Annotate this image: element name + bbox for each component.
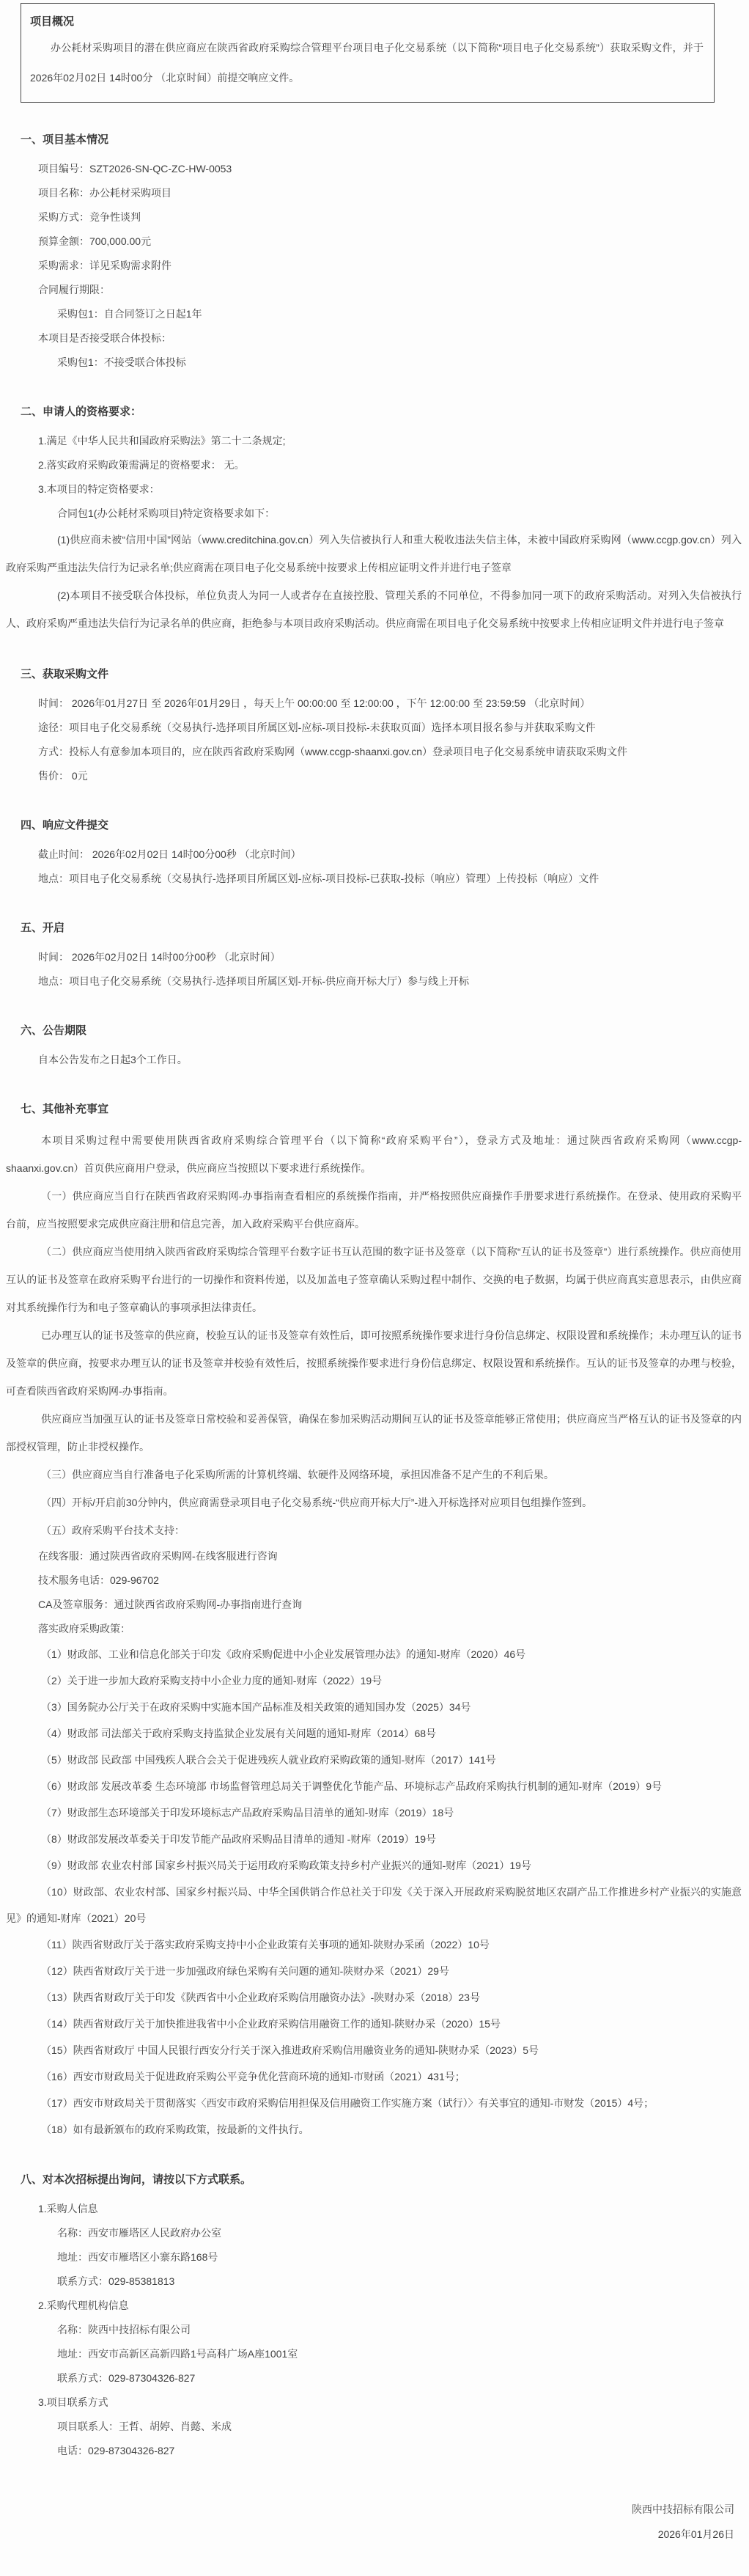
doc-line: （7）财政部生态环境部关于印发环境标志产品政府采购品目清单的通知-财库（2019… bbox=[0, 1799, 749, 1826]
doc-line: 在线客服：通过陕西省政府采购网-在线客服进行咨询 bbox=[0, 1544, 749, 1568]
doc-line: 采购需求：详见采购需求附件 bbox=[0, 254, 749, 278]
doc-line: （8）财政部发展改革委关于印发节能产品政府采购品目清单的通知 -财库（2019）… bbox=[0, 1826, 749, 1852]
doc-line: 截止时间： 2026年02月02日 14时00分00秒 （北京时间） bbox=[0, 843, 749, 867]
doc-line: 名称：西安市雁塔区人民政府办公室 bbox=[0, 2221, 749, 2245]
overview-heading: 项目概况 bbox=[30, 11, 704, 33]
doc-footer: 陕西中技招标有限公司 2026年01月26日 bbox=[0, 2497, 749, 2547]
doc-line: 电话：029-87304326-827 bbox=[0, 2439, 749, 2463]
doc-line: 项目联系人：王哲、胡婷、肖懿、米成 bbox=[0, 2415, 749, 2439]
overview-paragraph: 办公耗材采购项目的潜在供应商应在陕西省政府采购综合管理平台项目电子化交易系统（以… bbox=[30, 33, 704, 93]
doc-line: 供应商应当加强互认的证书及签章日常校验和妥善保管，确保在参加采购活动期间互认的证… bbox=[0, 1405, 749, 1461]
doc-line: （14）陕西省财政厅关于加快推进我省中小企业政府采购信用融资工作的通知-陕财办采… bbox=[0, 2011, 749, 2037]
doc-line: 地点：项目电子化交易系统（交易执行-选择项目所属区划-应标-项目投标-已获取-投… bbox=[0, 867, 749, 891]
doc-line: （3）国务院办公厅关于在政府采购中实施本国产品标准及相关政策的通知国办发（202… bbox=[0, 1694, 749, 1720]
section-heading: 七、其他补充事宜 bbox=[21, 1101, 715, 1118]
doc-line: 项目名称：办公耗材采购项目 bbox=[0, 181, 749, 205]
doc-line: （一）供应商应当自行在陕西省政府采购网-办事指南查看相应的系统操作指南，并严格按… bbox=[0, 1182, 749, 1238]
doc-line: （三）供应商应当自行准备电子化采购所需的计算机终端、软硬件及网络环境，承担因准备… bbox=[0, 1461, 749, 1489]
section-heading: 八、对本次招标提出询问，请按以下方式联系。 bbox=[21, 2172, 715, 2188]
doc-line: 名称：陕西中技招标有限公司 bbox=[0, 2318, 749, 2342]
doc-line: （16）西安市财政局关于促进政府采购公平竞争优化营商环境的通知-市财函（2021… bbox=[0, 2063, 749, 2090]
doc-line: 采购包1：自合同签订之日起1年 bbox=[0, 302, 749, 326]
section-heading: 六、公告期限 bbox=[21, 1023, 715, 1039]
doc-line: 合同包1(办公耗材采购项目)特定资格要求如下： bbox=[0, 502, 749, 526]
doc-line: （4）财政部 司法部关于政府采购支持监狱企业发展有关问题的通知-财库（2014）… bbox=[0, 1720, 749, 1747]
project-overview-box: 项目概况 办公耗材采购项目的潜在供应商应在陕西省政府采购综合管理平台项目电子化交… bbox=[21, 3, 715, 103]
footer-date: 2026年01月26日 bbox=[0, 2522, 734, 2547]
doc-line: (2)本项目不接受联合体投标，单位负责人为同一人或者存在直接控股、管理关系的不同… bbox=[0, 581, 749, 637]
doc-line: 联系方式：029-85381813 bbox=[0, 2269, 749, 2294]
doc-line: 合同履行期限： bbox=[0, 278, 749, 302]
doc-line: （13）陕西省财政厅关于印发《陕西省中小企业政府采购信用融资办法》-陕财办采（2… bbox=[0, 1984, 749, 2011]
doc-line: （17）西安市财政局关于贯彻落实〈西安市政府采购信用担保及信用融资工作实施方案（… bbox=[0, 2090, 749, 2116]
doc-line: 方式：投标人有意参加本项目的，应在陕西省政府采购网（www.ccgp-shaan… bbox=[0, 740, 749, 764]
doc-line: 1.满足《中华人民共和国政府采购法》第二十二条规定; bbox=[0, 429, 749, 453]
doc-line: （6）财政部 发展改革委 生态环境部 市场监督管理总局关于调整优化节能产品、环境… bbox=[0, 1773, 749, 1799]
section-heading: 五、开启 bbox=[21, 920, 715, 936]
doc-line: 地址：西安市雁塔区小寨东路168号 bbox=[0, 2245, 749, 2269]
doc-line: 时间： 2026年02月02日 14时00分00秒 （北京时间） bbox=[0, 945, 749, 969]
footer-company: 陕西中技招标有限公司 bbox=[0, 2497, 734, 2522]
doc-line: （12）陕西省财政厅关于进一步加强政府绿色采购有关问题的通知-陕财办采（2021… bbox=[0, 1958, 749, 1984]
doc-line: （15）陕西省财政厅 中国人民银行西安分行关于深入推进政府采购信用融资业务的通知… bbox=[0, 2037, 749, 2063]
doc-line: 自本公告发布之日起3个工作日。 bbox=[0, 1048, 749, 1072]
doc-line: 途径：项目电子化交易系统（交易执行-选择项目所属区划-应标-项目投标-未获取页面… bbox=[0, 716, 749, 740]
doc-line: （五）政府采购平台技术支持： bbox=[0, 1516, 749, 1544]
doc-line: （18）如有最新颁布的政府采购政策，按最新的文件执行。 bbox=[0, 2116, 749, 2143]
doc-line: 售价： 0元 bbox=[0, 764, 749, 788]
section-heading: 一、项目基本情况 bbox=[21, 132, 715, 148]
doc-line: 落实政府采购政策： bbox=[0, 1617, 749, 1641]
doc-line: 本项目是否接受联合体投标： bbox=[0, 326, 749, 351]
doc-line: CA及签章服务：通过陕西省政府采购网-办事指南进行查询 bbox=[0, 1593, 749, 1617]
doc-line: （二）供应商应当使用纳入陕西省政府采购综合管理平台数字证书互认范围的数字证书及签… bbox=[0, 1238, 749, 1321]
doc-line: （11）陕西省财政厅关于落实政府采购支持中小企业政策有关事项的通知-陕财办采函（… bbox=[0, 1931, 749, 1958]
doc-line: （5）财政部 民政部 中国残疾人联合会关于促进残疾人就业政府采购政策的通知-财库… bbox=[0, 1747, 749, 1773]
doc-line: 2.落实政府采购政策需满足的资格要求： 无。 bbox=[0, 453, 749, 477]
doc-line: 采购包1：不接受联合体投标 bbox=[0, 351, 749, 375]
doc-line: （四）开标/开启前30分钟内，供应商需登录项目电子化交易系统-“供应商开标大厅”… bbox=[0, 1489, 749, 1516]
doc-line: 地址：西安市高新区高新四路1号高科广场A座1001室 bbox=[0, 2342, 749, 2366]
doc-line: 采购方式：竞争性谈判 bbox=[0, 205, 749, 230]
doc-line: 技术服务电话：029-96702 bbox=[0, 1568, 749, 1593]
doc-line: 3.本项目的特定资格要求： bbox=[0, 477, 749, 502]
section-heading: 二、申请人的资格要求： bbox=[21, 404, 715, 420]
doc-line: 1.采购人信息 bbox=[0, 2197, 749, 2221]
doc-line: 已办理互认的证书及签章的供应商，校验互认的证书及签章有效性后，即可按照系统操作要… bbox=[0, 1321, 749, 1405]
sections-container: 一、项目基本情况项目编号：SZT2026-SN-QC-ZC-HW-0053项目名… bbox=[0, 132, 749, 2463]
doc-line: （9）财政部 农业农村部 国家乡村振兴局关于运用政府采购政策支持乡村产业振兴的通… bbox=[0, 1852, 749, 1879]
section-heading: 三、获取采购文件 bbox=[21, 667, 715, 683]
doc-line: （1）财政部、工业和信息化部关于印发《政府采购促进中小企业发展管理办法》的通知-… bbox=[0, 1641, 749, 1667]
procurement-announcement-document: 项目概况 办公耗材采购项目的潜在供应商应在陕西省政府采购综合管理平台项目电子化交… bbox=[0, 0, 749, 2576]
doc-line: 联系方式：029-87304326-827 bbox=[0, 2366, 749, 2390]
doc-line: (1)供应商未被“信用中国”网站（www.creditchina.gov.cn）… bbox=[0, 526, 749, 581]
doc-line: 项目编号：SZT2026-SN-QC-ZC-HW-0053 bbox=[0, 157, 749, 181]
doc-line: 地点：项目电子化交易系统（交易执行-选择项目所属区划-开标-供应商开标大厅）参与… bbox=[0, 969, 749, 994]
doc-line: （2）关于进一步加大政府采购支持中小企业力度的通知-财库（2022）19号 bbox=[0, 1667, 749, 1694]
doc-line: 2.采购代理机构信息 bbox=[0, 2294, 749, 2318]
section-heading: 四、响应文件提交 bbox=[21, 818, 715, 834]
doc-line: 3.项目联系方式 bbox=[0, 2390, 749, 2415]
doc-line: 时间： 2026年01月27日 至 2026年01月29日 ，每天上午 00:0… bbox=[0, 691, 749, 716]
doc-line: 本项目采购过程中需要使用陕西省政府采购综合管理平台（以下简称“政府采购平台”），… bbox=[0, 1126, 749, 1182]
doc-line: 预算金额：700,000.00元 bbox=[0, 230, 749, 254]
doc-line: （10）财政部、农业农村部、国家乡村振兴局、中华全国供销合作总社关于印发《关于深… bbox=[0, 1879, 749, 1931]
